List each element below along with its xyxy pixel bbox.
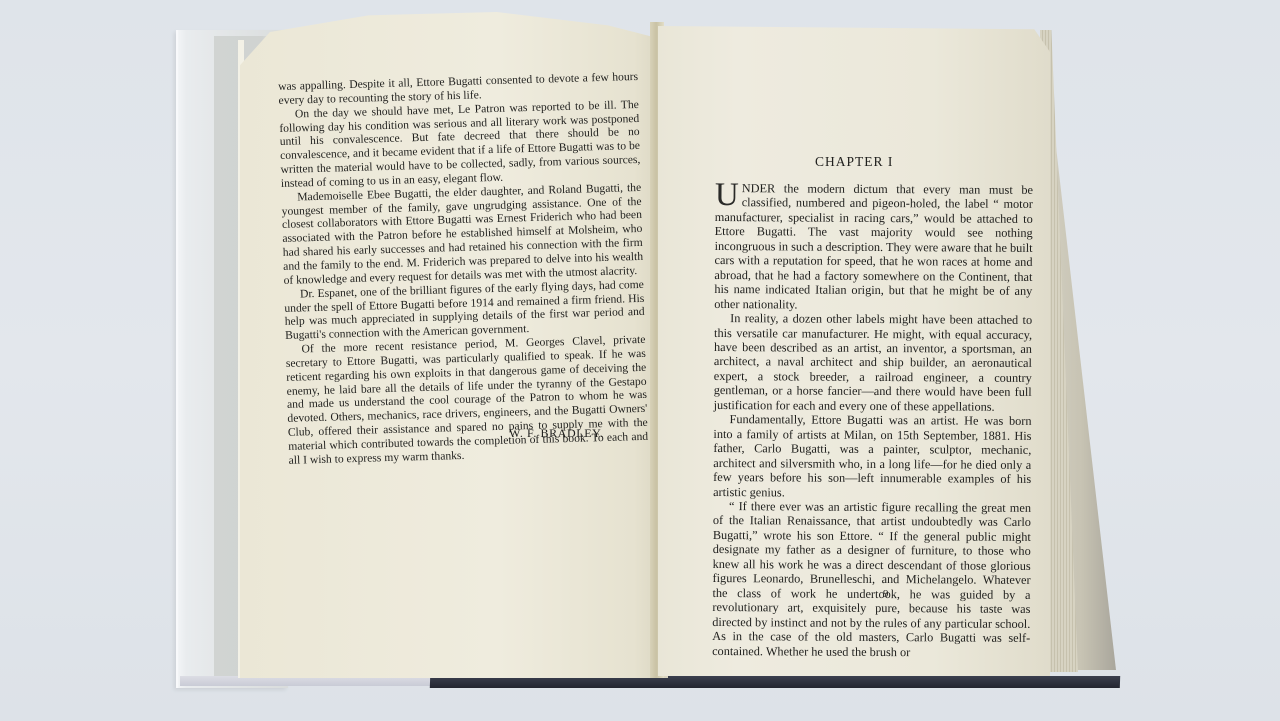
paragraph: Fundamentally, Ettore Bugatti was an art… <box>713 412 1032 501</box>
paragraph: Dr. Espanet, one of the brilliant figure… <box>284 278 645 343</box>
author-signature: W. F. BRADLEY. <box>509 426 603 441</box>
paragraph: On the day we should have met, Le Patron… <box>279 98 641 191</box>
paragraph: In reality, a dozen other labels might h… <box>714 311 1033 414</box>
drop-cap: U <box>715 182 739 209</box>
paragraph: Of the more recent resistance period, M.… <box>285 333 648 468</box>
right-page-text: UNDER the modern dictum that every man m… <box>712 181 1033 660</box>
left-page-text: was appalling. Despite it all, Ettore Bu… <box>278 70 649 468</box>
chapter-heading: CHAPTER I <box>815 154 893 170</box>
paragraph: “ If there ever was an artistic figure r… <box>712 499 1031 660</box>
paragraph: UNDER the modern dictum that every man m… <box>714 181 1033 313</box>
page-number: 9 <box>883 588 889 600</box>
paragraph: Mademoiselle Ebee Bugatti, the elder dau… <box>281 181 644 288</box>
